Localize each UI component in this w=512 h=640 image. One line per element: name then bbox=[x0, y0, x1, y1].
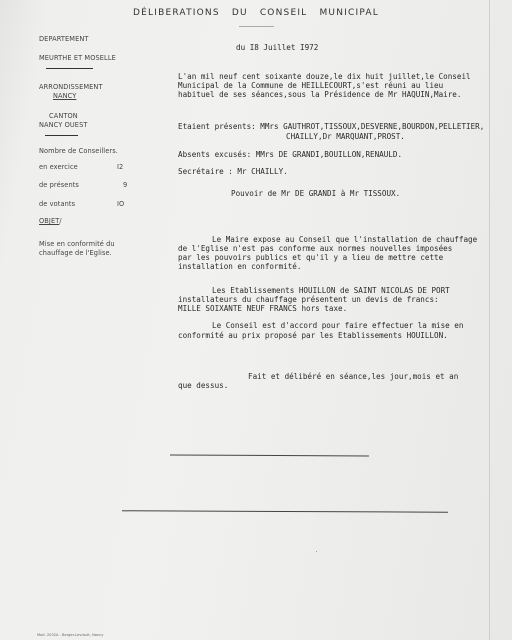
absents-line: Absents excusés: MMrs DE GRANDI,BOUILLON… bbox=[178, 150, 402, 160]
objet-heading: OBJET/ bbox=[39, 216, 62, 226]
title-word: CONSEIL bbox=[260, 8, 308, 18]
count-label-votants: de votants bbox=[39, 199, 75, 209]
pouvoir-line: Pouvoir de Mr DE GRANDI à Mr TISSOUX. bbox=[231, 189, 400, 199]
presents-line: CHAILLY,Dr MARQUANT,PROST. bbox=[286, 132, 405, 142]
arrondissement-value: NANCY bbox=[53, 91, 76, 101]
secretaire-line: Secrétaire : Mr CHAILLY. bbox=[178, 167, 288, 177]
paragraph-line: MILLE SOIXANTE NEUF FRANCS hors taxe. bbox=[178, 304, 347, 314]
presents-line: Etaient présents: MMrs GAUTHROT,TISSOUX,… bbox=[178, 122, 484, 132]
closing-line: Fait et délibéré en séance,les jour,mois… bbox=[248, 372, 458, 382]
count-label-presents: de présents bbox=[39, 180, 79, 190]
conseillers-heading: Nombre de Conseillers. bbox=[39, 146, 118, 156]
printer-imprint: Mod. 2032A - Berger-Levrault, Nancy bbox=[37, 633, 103, 637]
paragraph-line: installation en conformité. bbox=[178, 262, 301, 272]
closing-line: que dessus. bbox=[178, 381, 228, 391]
paragraph-line: Le Conseil est d'accord pour faire effec… bbox=[212, 321, 463, 331]
title-rule bbox=[239, 26, 274, 27]
meeting-date: du I8 Juillet I972 bbox=[236, 43, 318, 53]
document-title: DÉLIBERATIONS DU CONSEIL MUNICIPAL bbox=[0, 8, 512, 18]
objet-line: chauffage de l'Eglise. bbox=[39, 248, 112, 258]
canton-value: NANCY OUEST bbox=[39, 120, 87, 130]
count-value-votants: IO bbox=[117, 199, 124, 209]
intro-line: habituel de ses séances,sous la Présiden… bbox=[178, 90, 461, 100]
document-page: DÉLIBERATIONS DU CONSEIL MUNICIPAL DEPAR… bbox=[0, 0, 512, 640]
objet-label: OBJET bbox=[39, 217, 59, 225]
signature-line bbox=[170, 454, 369, 456]
title-word: DU bbox=[232, 8, 248, 18]
speck bbox=[316, 551, 317, 552]
departement-value: MEURTHE ET MOSELLE bbox=[39, 53, 116, 63]
count-value-exercice: I2 bbox=[117, 162, 123, 172]
count-value-presents: 9 bbox=[123, 180, 127, 190]
signature-line bbox=[122, 510, 448, 512]
separator-dash bbox=[46, 68, 93, 69]
title-word: DÉLIBERATIONS bbox=[133, 8, 220, 18]
objet-slash: / bbox=[59, 217, 61, 225]
count-label-exercice: en exercice bbox=[39, 162, 78, 172]
page-edge bbox=[489, 0, 490, 640]
separator-dash bbox=[45, 135, 78, 136]
departement-label: DEPARTEMENT bbox=[39, 34, 89, 44]
paragraph-line: conformité au prix proposé par les Etabl… bbox=[178, 331, 448, 341]
title-word: MUNICIPAL bbox=[319, 8, 379, 18]
